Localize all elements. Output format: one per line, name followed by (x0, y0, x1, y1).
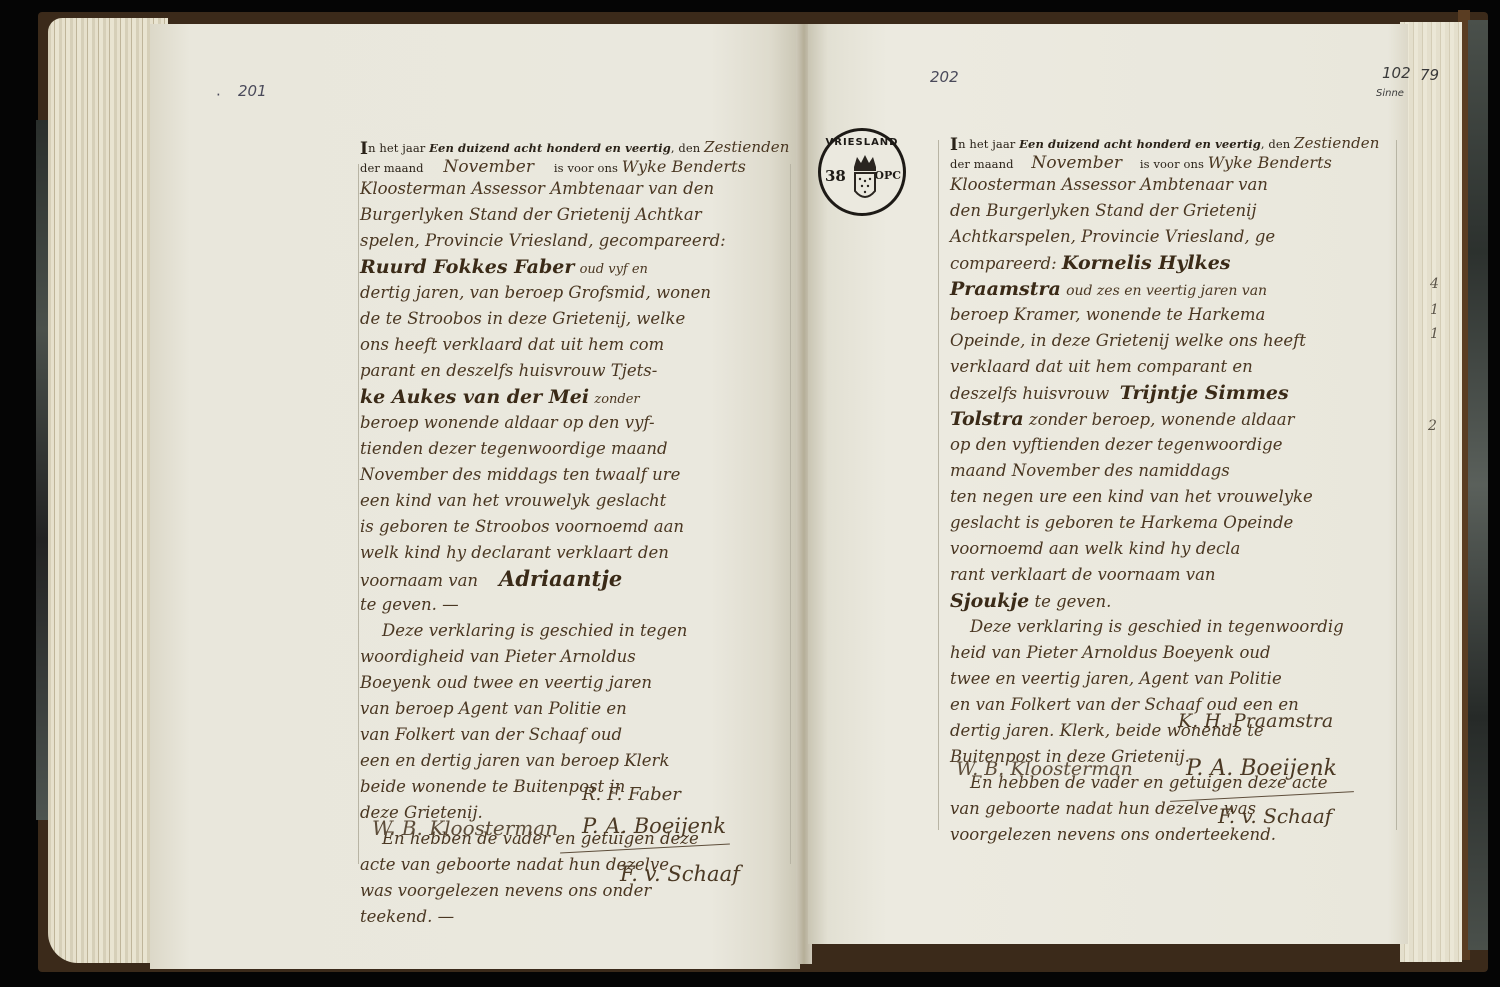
hand-line: Kloosterman Assessor Ambtenaar van (950, 172, 1400, 198)
margin-mark: 4 (1430, 276, 1439, 292)
printed-year: Een duizend acht honderd en veertig (1019, 137, 1261, 151)
left-page: 201 · In het jaar Een duizend acht honde… (150, 24, 800, 969)
margin-mark: 1 (1430, 302, 1439, 318)
hand-line: op den vyftienden dezer tegenwoordige (950, 432, 1400, 458)
signature-witness-1: P. A. Boeijenk (1186, 756, 1337, 781)
stamp-number: 38 (825, 167, 846, 185)
hand-line: de te Stroobos in deze Grietenij, welke (360, 306, 790, 332)
hand-line: Kloosterman Assessor Ambtenaar van den (360, 176, 790, 202)
corner-number: 102 (1382, 64, 1411, 82)
hand-line: voornoemd aan welk kind hy decla (950, 536, 1400, 562)
hand-line: tienden dezer tegenwoordige maand (360, 436, 790, 462)
hand-line: rant verklaart de voornaam van (950, 562, 1400, 588)
hand-text: deszelfs huisvrouw (950, 384, 1109, 403)
hand-official-name: Wyke Benderts (1208, 153, 1332, 172)
margin-rule-right (790, 164, 791, 864)
signature-declarant: K. H. Praamstra (1178, 710, 1333, 732)
hand-line: woordigheid van Pieter Arnoldus (360, 644, 790, 670)
printed-intro-line-1: In het jaar Een duizend acht honderd en … (360, 134, 790, 154)
hand-line: welk kind hy declarant verklaart den (360, 540, 790, 566)
mother-name: ke Aukes van der Mei (360, 386, 589, 408)
signature-official: W. B. Kloosterman (956, 758, 1133, 780)
hand-line: voorgelezen nevens ons onderteekend. (950, 822, 1400, 848)
hand-line: Opeinde, in deze Grietenij welke ons hee… (950, 328, 1400, 354)
hand-line: parant en deszelfs huisvrouw Tjets- (360, 358, 790, 384)
cover-marbled-edge-right (1468, 20, 1488, 950)
printed-text: der maand (950, 157, 1014, 171)
hand-month: November (1031, 153, 1122, 173)
printed-text: is voor ons (1140, 157, 1204, 171)
mother-name: Trijntje Simmes (1120, 382, 1289, 404)
hand-line: van beroep Agent van Politie en (360, 696, 790, 722)
hand-line: te geven. — (360, 592, 790, 618)
hand-text: oud zes en veertig jaren van (1066, 283, 1267, 299)
crown-crest-icon (851, 153, 879, 205)
hand-line: spelen, Provincie Vriesland, gecompareer… (360, 228, 790, 254)
printed-intro-line-1: In het jaar Een duizend acht honderd en … (950, 130, 1400, 150)
hand-official-name: Wyke Benderts (622, 157, 746, 176)
hand-line: is geboren te Stroobos voornoemd aan (360, 514, 790, 540)
hand-line: van Folkert van der Schaaf oud (360, 722, 790, 748)
signature-official: W. B. Kloosterman (372, 816, 558, 840)
mother-surname: Tolstra (950, 408, 1024, 430)
hand-line: dertig jaren, van beroep Grofsmid, wonen (360, 280, 790, 306)
hand-text: voornaam van (360, 571, 478, 590)
hand-line: Burgerlyken Stand der Grietenij Achtkar (360, 202, 790, 228)
hand-line: een en dertig jaren van beroep Klerk (360, 748, 790, 774)
hand-line: Boeyenk oud twee en veertig jaren (360, 670, 790, 696)
hand-line: geslacht is geboren te Harkema Opeinde (950, 510, 1400, 536)
hand-line: den Burgerlyken Stand der Grietenij (950, 198, 1400, 224)
corner-annotation: Sinne (1376, 88, 1404, 99)
printed-intro-line-2: der maand November is voor ons Wyke Bend… (950, 150, 1400, 172)
birth-record-left: In het jaar Een duizend acht honderd en … (360, 134, 790, 930)
printed-text: , den (671, 141, 700, 155)
signature-declarant: R. F. Faber (582, 784, 681, 805)
hand-line: beide wonende te Buitenpost in (360, 774, 790, 800)
hand-line: November des middags ten twaalf ure (360, 462, 790, 488)
hand-line: Deze verklaring is geschied in tegen (360, 618, 790, 644)
printed-intro-line-2: der maand November is voor ons Wyke Bend… (360, 154, 790, 176)
dot-mark: · (216, 86, 221, 104)
printed-text: is voor ons (554, 161, 618, 175)
hand-text: oud vyf en (580, 262, 648, 277)
corner-number-2: 79 (1420, 66, 1439, 84)
signature-witness-2: F. v. Schaaf (1218, 804, 1332, 828)
handwritten-body: Kloosterman Assessor Ambtenaar van den B… (950, 172, 1400, 848)
hand-month: November (443, 157, 534, 177)
hand-text: zonder beroep, wonende aldaar (1029, 410, 1295, 429)
hand-text: zonder (594, 392, 639, 407)
father-name: Ruurd Fokkes Faber (360, 256, 574, 278)
margin-mark: 1 (1430, 326, 1439, 342)
margin-mark: 2 (1428, 418, 1437, 434)
hand-line: ten negen ure een kind van het vrouwelyk… (950, 484, 1400, 510)
father-surname: Praamstra (950, 278, 1061, 300)
hand-line: heid van Pieter Arnoldus Boeyenk oud (950, 640, 1400, 666)
hand-text: te geven. (1034, 592, 1111, 611)
printed-text: n het jaar (958, 137, 1015, 151)
hand-line: Achtkarspelen, Provincie Vriesland, ge (950, 224, 1400, 250)
hand-text: compareerd: (950, 254, 1057, 273)
father-name: Kornelis Hylkes (1062, 252, 1231, 274)
page-stack-right (1400, 22, 1462, 962)
printed-year: Een duizend acht honderd en veertig (429, 141, 671, 155)
printed-text: , den (1261, 137, 1290, 151)
vriesland-stamp: VRIESLAND 38 OPC (818, 128, 906, 216)
margin-rule (358, 164, 359, 864)
stamp-text: VRIESLAND (821, 137, 903, 148)
printed-text: n het jaar (368, 141, 425, 155)
signature-witness-1: P. A. Boeijenk (582, 814, 726, 838)
hand-line: Deze verklaring is geschied in tegenwoor… (950, 614, 1400, 640)
hand-line: beroep Kramer, wonende te Harkema (950, 302, 1400, 328)
folio-number-left: 201 (238, 82, 267, 100)
folio-number-right: 202 (930, 68, 959, 86)
hand-line: maand November des namiddags (950, 458, 1400, 484)
hand-line: beroep wonende aldaar op den vyf- (360, 410, 790, 436)
signature-witness-2: F. v. Schaaf (620, 862, 740, 886)
hand-line: een kind van het vrouwelyk geslacht (360, 488, 790, 514)
margin-rule (938, 140, 939, 830)
hand-line: teekend. — (360, 904, 790, 930)
hand-line: ons heeft verklaard dat uit hem com (360, 332, 790, 358)
child-name: Adriaantje (499, 566, 622, 591)
birth-record-right: In het jaar Een duizend acht honderd en … (950, 130, 1400, 848)
child-name: Sjoukje (950, 590, 1029, 612)
printed-text: der maand (360, 161, 424, 175)
hand-line: twee en veertig jaren, Agent van Politie (950, 666, 1400, 692)
hand-line: verklaard dat uit hem comparant en (950, 354, 1400, 380)
